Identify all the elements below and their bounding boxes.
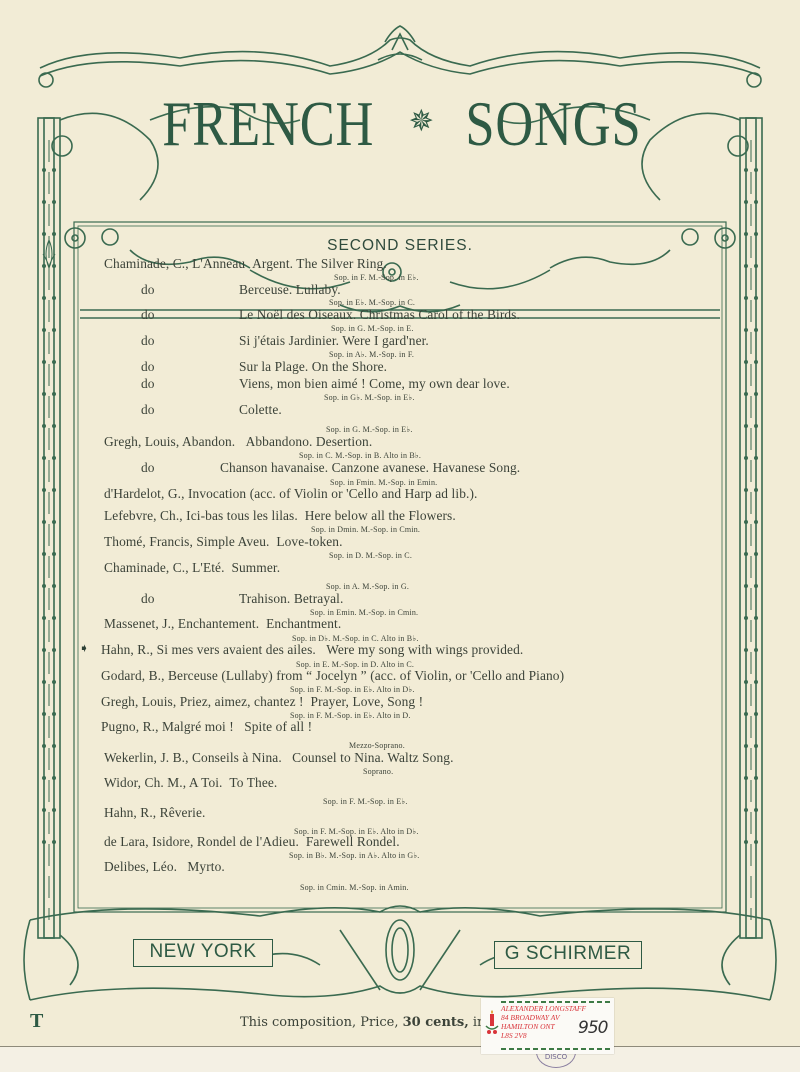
song-title: Colette. [239,402,282,417]
composer: Chaminade, C., L'Anneau [104,256,245,271]
voice-keys: Sop. in Cmin. M.-Sop. in Amin. [300,883,409,892]
song-entry: Chaminade, C., L'Anneau Argent. The Silv… [104,256,387,272]
song-title: Were my song with wings provided. [326,642,523,657]
song-entry: doSur la Plage. On the Shore. [104,359,387,375]
sticker-border-top [501,1001,610,1003]
sticker-border-bottom [501,1048,610,1050]
page-title: FRENCH ✵ SONGS [0,92,800,156]
ditto-mark: do [104,402,239,418]
song-entry: Delibes, Léo. Myrto. [104,859,225,875]
ditto-mark: do [104,460,220,476]
composer: Pugno, R., Malgré moi ! [101,719,234,734]
song-entry: Massenet, J., Enchantement. Enchantment. [104,616,341,632]
ditto-mark: do [104,376,239,392]
sticker-line-2: 84 BROADWAY AV [501,1013,586,1022]
series-heading: SECOND SERIES. [0,237,800,255]
price-value: 30 cents, [403,1015,469,1030]
song-entry: doViens, mon bien aimé ! Come, my own de… [104,376,510,392]
ditto-mark: do [104,282,239,298]
voice-keys: Soprano. [363,767,393,776]
sticker-line-1: ALEXANDER LONGSTAFF [501,1004,586,1013]
song-title: Abbandono. Desertion. [246,434,373,449]
song-entry: doTrahison. Betrayal. [104,591,343,607]
song-title: Sur la Plage. On the Shore. [239,359,387,374]
composer: Massenet, J., Enchantement. [104,616,259,631]
song-title: Prayer, Love, Song ! [311,694,424,709]
composer: Widor, Ch. M., A Toi. [104,775,223,790]
song-entry: Widor, Ch. M., A Toi. To Thee. [104,775,277,791]
song-entry: d'Hardelot, G., Invocation (acc. of Viol… [104,486,477,502]
song-entry: doBerceuse. Lullaby. [104,282,341,298]
voice-keys: Sop. in C. M.-Sop. in B. Alto in B♭. [299,451,421,460]
sticker-line-3: HAMILTON ONT [501,1022,586,1031]
dealer-sticker: ALEXANDER LONGSTAFF 84 BROADWAY AV HAMIL… [481,998,614,1054]
song-title: Farewell Rondel. [306,834,400,849]
voice-keys: Sop. in F. M.-Sop. in E♭. Alto in D♭. [290,685,415,694]
voice-keys: Sop. in G. M.-Sop. in E♭. [326,425,413,434]
song-title: Chanson havanaise. Canzone avanese. Hava… [220,460,520,475]
song-entry: Godard, B., Berceuse (Lullaby) from “ Jo… [101,668,564,684]
ditto-mark: do [104,359,239,375]
composer: Gregh, Louis, Abandon. [104,434,235,449]
voice-keys: Sop. in G. M.-Sop. in E. [331,324,414,333]
voice-keys: Sop. in E♭. M.-Sop. in C. [329,298,415,307]
sticker-address: ALEXANDER LONGSTAFF 84 BROADWAY AV HAMIL… [501,1004,586,1040]
price-line: This composition, Price, 30 cents, in [240,1015,485,1030]
song-title: Love-token. [276,534,342,549]
song-entry: doLe Noël des Oiseaux. Christmas Carol o… [104,307,520,323]
song-title: Spite of all ! [244,719,312,734]
song-entry: doColette. [104,402,282,418]
composer: Hahn, R., Rêverie. [104,805,205,820]
song-title: Here below all the Flowers. [305,508,456,523]
composer: Thomé, Francis, Simple Aveu. [104,534,269,549]
composer: Delibes, Léo. [104,859,177,874]
voice-keys: Sop. in F. M.-Sop. in E♭. [334,273,419,282]
song-entry: Hahn, R., Rêverie. [104,805,205,821]
candle-logo-icon [485,1010,499,1036]
voice-keys: Sop. in B♭. M.-Sop. in A♭. Alto in G♭. [289,851,420,860]
ditto-mark: do [104,333,239,349]
ditto-mark: do [104,307,239,323]
song-entry: de Lara, Isidore, Rondel de l'Adieu. Far… [104,834,400,850]
voice-keys: Mezzo-Soprano. [349,741,405,750]
song-entry: Pugno, R., Malgré moi ! Spite of all ! [101,719,312,735]
composer: Wekerlin, J. B., Conseils à Nina. [104,750,282,765]
composer: d'Hardelot, G., Invocation [104,486,246,501]
song-title: Enchantment. [266,616,341,631]
song-title: To Thee. [229,775,277,790]
song-title: Summer. [231,560,280,575]
composer: Gregh, Louis, Priez, aimez, chantez ! [101,694,304,709]
song-title: Si j'étais Jardinier. Were I gard'ner. [239,333,429,348]
song-title: Le Noël des Oiseaux. Christmas Carol of … [239,307,520,322]
song-entry: Lefebvre, Ch., Ici-bas tous les lilas. H… [104,508,456,524]
song-title: Berceuse. Lullaby. [239,282,341,297]
song-entry: doChanson havanaise. Canzone avanese. Ha… [104,460,520,476]
song-title: (acc. of Violin, or 'Cello and Piano) [370,668,564,683]
voice-keys: Sop. in A♭. M.-Sop. in F. [329,350,414,359]
song-entry: Thomé, Francis, Simple Aveu. Love-token. [104,534,343,550]
song-entry: Wekerlin, J. B., Conseils à Nina. Counse… [104,750,454,766]
publisher-name: G SCHIRMER [494,941,642,969]
price-prefix: This composition, Price, [240,1015,399,1030]
composer: Lefebvre, Ch., Ici-bas tous les lilas. [104,508,298,523]
song-entry: Chaminade, C., L'Eté. Summer. [104,560,280,576]
song-entry: Gregh, Louis, Abandon. Abbandono. Desert… [104,434,372,450]
voice-keys: Sop. in F. M.-Sop. in E♭. [323,797,408,806]
handwritten-price: 950 [578,1018,607,1038]
composer: de Lara, Isidore, Rondel de l'Adieu. [104,834,299,849]
song-title: Viens, mon bien aimé ! Come, my own dear… [239,376,510,391]
composer: Hahn, R., Si mes vers avaient des ailes. [101,642,316,657]
flower-ornament-icon: ✵ [409,107,435,137]
song-title: Argent. The Silver Ring. [252,256,387,271]
sticker-line-4: L8S 2V8 [501,1031,586,1040]
catalog-letter: T [30,1010,43,1033]
ditto-mark: do [104,591,239,607]
voice-keys: Sop. in Dmin. M.-Sop. in Cmin. [311,525,420,534]
voice-keys: Sop. in D. M.-Sop. in C. [329,551,412,560]
title-word-songs: SONGS [465,92,641,156]
voice-keys: Sop. in A. M.-Sop. in G. [326,582,409,591]
publisher-city: NEW YORK [133,939,273,967]
voice-keys: Sop. in G♭. M.-Sop. in E♭. [324,393,415,402]
song-title: Trahison. Betrayal. [239,591,343,606]
composer: Godard, B., Berceuse (Lullaby) from “ Jo… [101,668,367,683]
song-title: Counsel to Nina. Waltz Song. [292,750,453,765]
title-word-french: FRENCH [163,92,375,156]
song-title: (acc. of Violin or 'Cello and Harp ad li… [250,486,478,501]
song-entry-marked: Hahn, R., Si mes vers avaient des ailes.… [101,642,523,658]
pointing-hand-arrow-icon: ➧ [79,641,89,655]
song-title: Myrto. [187,859,224,874]
song-entry: Gregh, Louis, Priez, aimez, chantez ! Pr… [101,694,423,710]
composer: Chaminade, C., L'Eté. [104,560,225,575]
song-entry: doSi j'étais Jardinier. Were I gard'ner. [104,333,429,349]
